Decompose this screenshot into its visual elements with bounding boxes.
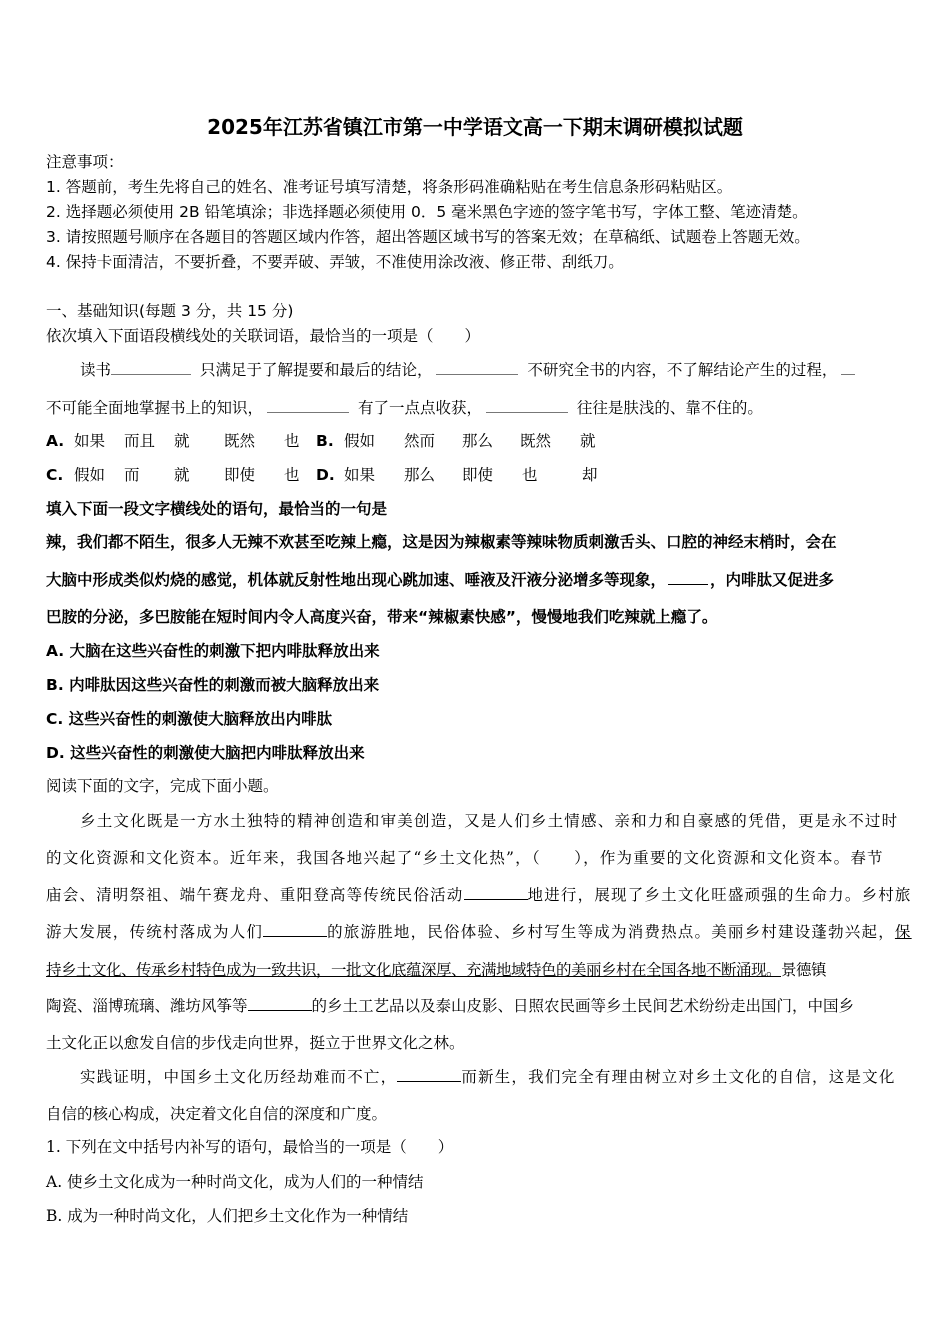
answer-blank [263, 922, 327, 937]
q1-text: 不研究全书的内容，不了解结论产生的过程， [527, 361, 837, 379]
reading-p2-line-1: 实践证明，中国乡土文化历经劫难而不亡，而新生，我们完全有理由树立对乡土文化的自信… [80, 1067, 896, 1087]
answer-blank [111, 360, 191, 375]
reading-q1-option-b[interactable]: B. 成为一种时尚文化，人们把乡土文化作为一种情结 [46, 1206, 408, 1226]
answer-blank [436, 360, 518, 375]
reading-text: 地进行，展现了乡土文化旺盛顽强的生命力。乡村旅 [528, 886, 912, 904]
q2-text: ，内啡肽又促进多 [710, 571, 834, 589]
notice-item-3: 3. 请按照题号顺序在各题目的答题区域内作答，超出答题区域书写的答案无效；在草稿… [46, 227, 810, 247]
q2-option-d[interactable]: D. 这些兴奋性的刺激使大脑把内啡肽释放出来 [46, 743, 365, 763]
q1-option-c-label[interactable]: C. [46, 465, 63, 485]
q1-option-c-word: 也 [284, 465, 300, 485]
q1-option-a-word: 如果 [74, 431, 105, 451]
q2-option-a[interactable]: A. 大脑在这些兴奋性的刺激下把内啡肽释放出来 [46, 641, 380, 661]
q1-text: 有了一点点收获， [358, 399, 482, 417]
reading-instruction: 阅读下面的文字，完成下面小题。 [46, 776, 279, 796]
q2-option-c[interactable]: C. 这些兴奋性的刺激使大脑释放出内啡肽 [46, 709, 332, 729]
q2-passage-line-2: 大脑中形成类似灼烧的感觉，机体就反射性地出现心跳加速、唾液及汗液分泌增多等现象，… [46, 570, 834, 590]
reading-p1-line-5: 持乡土文化、传承乡村特色成为一致共识，一批文化底蕴深厚、充满地域特色的美丽乡村在… [46, 960, 826, 980]
reading-text: 陶瓷、淄博琉璃、潍坊风筝等 [46, 997, 248, 1015]
answer-blank [464, 885, 528, 900]
q2-prompt: 填入下面一段文字横线处的语句，最恰当的一句是 [46, 499, 387, 519]
q1-passage-line-2: 不可能全面地掌握书上的知识， 有了一点点收获， 往往是肤浅的、靠不住的。 [46, 398, 763, 418]
q1-option-b-label[interactable]: B. [316, 431, 334, 451]
notice-heading: 注意事项： [46, 152, 124, 172]
underlined-sentence: 持乡土文化、传承乡村特色成为一致共识，一批文化底蕴深厚、充满地域特色的美丽乡村在… [46, 961, 781, 979]
exam-page: 2025年江苏省镇江市第一中学语文高一下期末调研模拟试题 注意事项： 1. 答题… [0, 0, 950, 1344]
q1-option-c-word: 而 [124, 465, 140, 485]
section-heading: 一、基础知识(每题 3 分，共 15 分) [46, 301, 293, 321]
reading-p1-line-1: 乡土文化既是一方水土独特的精神创造和审美创造，又是人们乡土情感、亲和力和自豪感的… [80, 811, 898, 831]
q1-option-a-label[interactable]: A. [46, 431, 64, 451]
underlined-sentence: 保 [895, 923, 912, 941]
q1-passage-line-1: 读书 只满足于了解提要和最后的结论， 不研究全书的内容，不了解结论产生的过程， [80, 360, 859, 380]
page-title: 2025年江苏省镇江市第一中学语文高一下期末调研模拟试题 [0, 114, 950, 140]
answer-blank [397, 1067, 461, 1082]
answer-blank [267, 398, 349, 413]
q1-option-b-word: 假如 [344, 431, 375, 451]
q1-text: 只满足于了解提要和最后的结论， [200, 361, 433, 379]
reading-text: 实践证明，中国乡土文化历经劫难而不亡， [80, 1068, 397, 1086]
reading-text: 的旅游胜地，民俗体验、乡村写生等成为消费热点。美丽乡村建设蓬勃兴起， [327, 923, 895, 941]
notice-item-4: 4. 保持卡面清洁，不要折叠，不要弄破、弄皱，不准使用涂改液、修正带、刮纸刀。 [46, 252, 624, 272]
reading-p1-line-2: 的文化资源和文化资本。近年来，我国各地兴起了“乡土文化热”，（ ），作为重要的文… [46, 848, 884, 868]
reading-p1-line-4: 游大发展，传统村落成为人们的旅游胜地，民俗体验、乡村写生等成为消费热点。美丽乡村… [46, 922, 912, 942]
q1-text: 读书 [80, 361, 111, 379]
q1-option-a-word: 也 [284, 431, 300, 451]
answer-blank [841, 360, 855, 375]
reading-text: 庙会、清明祭祖、端午赛龙舟、重阳登高等传统民俗活动 [46, 886, 464, 904]
answer-blank [668, 570, 708, 585]
q2-text: 大脑中形成类似灼烧的感觉，机体就反射性地出现心跳加速、唾液及汗液分泌增多等现象， [46, 571, 666, 589]
q1-option-d-word: 即使 [462, 465, 493, 485]
q1-option-c-word: 假如 [74, 465, 105, 485]
q1-prompt: 依次填入下面语段横线处的关联词语，最恰当的一项是（ ） [46, 326, 480, 346]
q1-option-d-label[interactable]: D. [316, 465, 335, 485]
q1-option-d-word: 如果 [344, 465, 375, 485]
reading-p1-line-3: 庙会、清明祭祖、端午赛龙舟、重阳登高等传统民俗活动地进行，展现了乡土文化旺盛顽强… [46, 885, 912, 905]
notice-item-2: 2. 选择题必须使用 2B 铅笔填涂；非选择题必须使用 0．5 毫米黑色字迹的签… [46, 202, 808, 222]
q2-passage-line-1: 辣，我们都不陌生，很多人无辣不欢甚至吃辣上瘾，这是因为辣椒素等辣味物质刺激舌头、… [46, 532, 837, 552]
q1-option-b-word: 就 [580, 431, 596, 451]
reading-p1-line-6: 陶瓷、淄博琉璃、潍坊风筝等的乡土工艺品以及泰山皮影、日照农民画等乡土民间艺术纷纷… [46, 996, 854, 1016]
q1-option-a-word: 就 [174, 431, 190, 451]
notice-item-1: 1. 答题前，考生先将自己的姓名、准考证号填写清楚，将条形码准确粘贴在考生信息条… [46, 177, 732, 197]
q1-option-a-word: 而且 [124, 431, 155, 451]
q1-option-b-word: 既然 [520, 431, 551, 451]
q1-option-c-word: 就 [174, 465, 190, 485]
q2-passage-line-3: 巴胺的分泌，多巴胺能在短时间内令人高度兴奋，带来“辣椒素快感”，慢慢地我们吃辣就… [46, 607, 717, 627]
reading-text: 的乡土工艺品以及泰山皮影、日照农民画等乡土民间艺术纷纷走出国门，中国乡 [312, 997, 855, 1015]
answer-blank [486, 398, 568, 413]
reading-q1-prompt: 1. 下列在文中括号内补写的语句，最恰当的一项是（ ） [46, 1137, 453, 1157]
q2-option-b[interactable]: B. 内啡肽因这些兴奋性的刺激而被大脑释放出来 [46, 675, 379, 695]
q1-option-b-word: 然而 [404, 431, 435, 451]
q1-text: 不可能全面地掌握书上的知识， [46, 399, 263, 417]
reading-p1-line-7: 土文化正以愈发自信的步伐走向世界，挺立于世界文化之林。 [46, 1033, 465, 1053]
q1-option-d-word: 却 [582, 465, 598, 485]
q1-option-a-word: 既然 [224, 431, 255, 451]
reading-text: 游大发展，传统村落成为人们 [46, 923, 263, 941]
q1-option-b-word: 那么 [462, 431, 493, 451]
reading-p2-line-2: 自信的核心构成，决定着文化自信的深度和广度。 [46, 1104, 387, 1124]
q1-text: 往往是肤浅的、靠不住的。 [577, 399, 763, 417]
q1-option-d-word: 也 [522, 465, 538, 485]
q1-option-c-word: 即使 [224, 465, 255, 485]
reading-q1-option-a[interactable]: A. 使乡土文化成为一种时尚文化，成为人们的一种情结 [46, 1172, 424, 1192]
q1-option-d-word: 那么 [404, 465, 435, 485]
reading-text: 景德镇 [781, 961, 826, 979]
reading-text: 而新生，我们完全有理由树立对乡土文化的自信，这是文化 [461, 1068, 895, 1086]
answer-blank [248, 996, 312, 1011]
